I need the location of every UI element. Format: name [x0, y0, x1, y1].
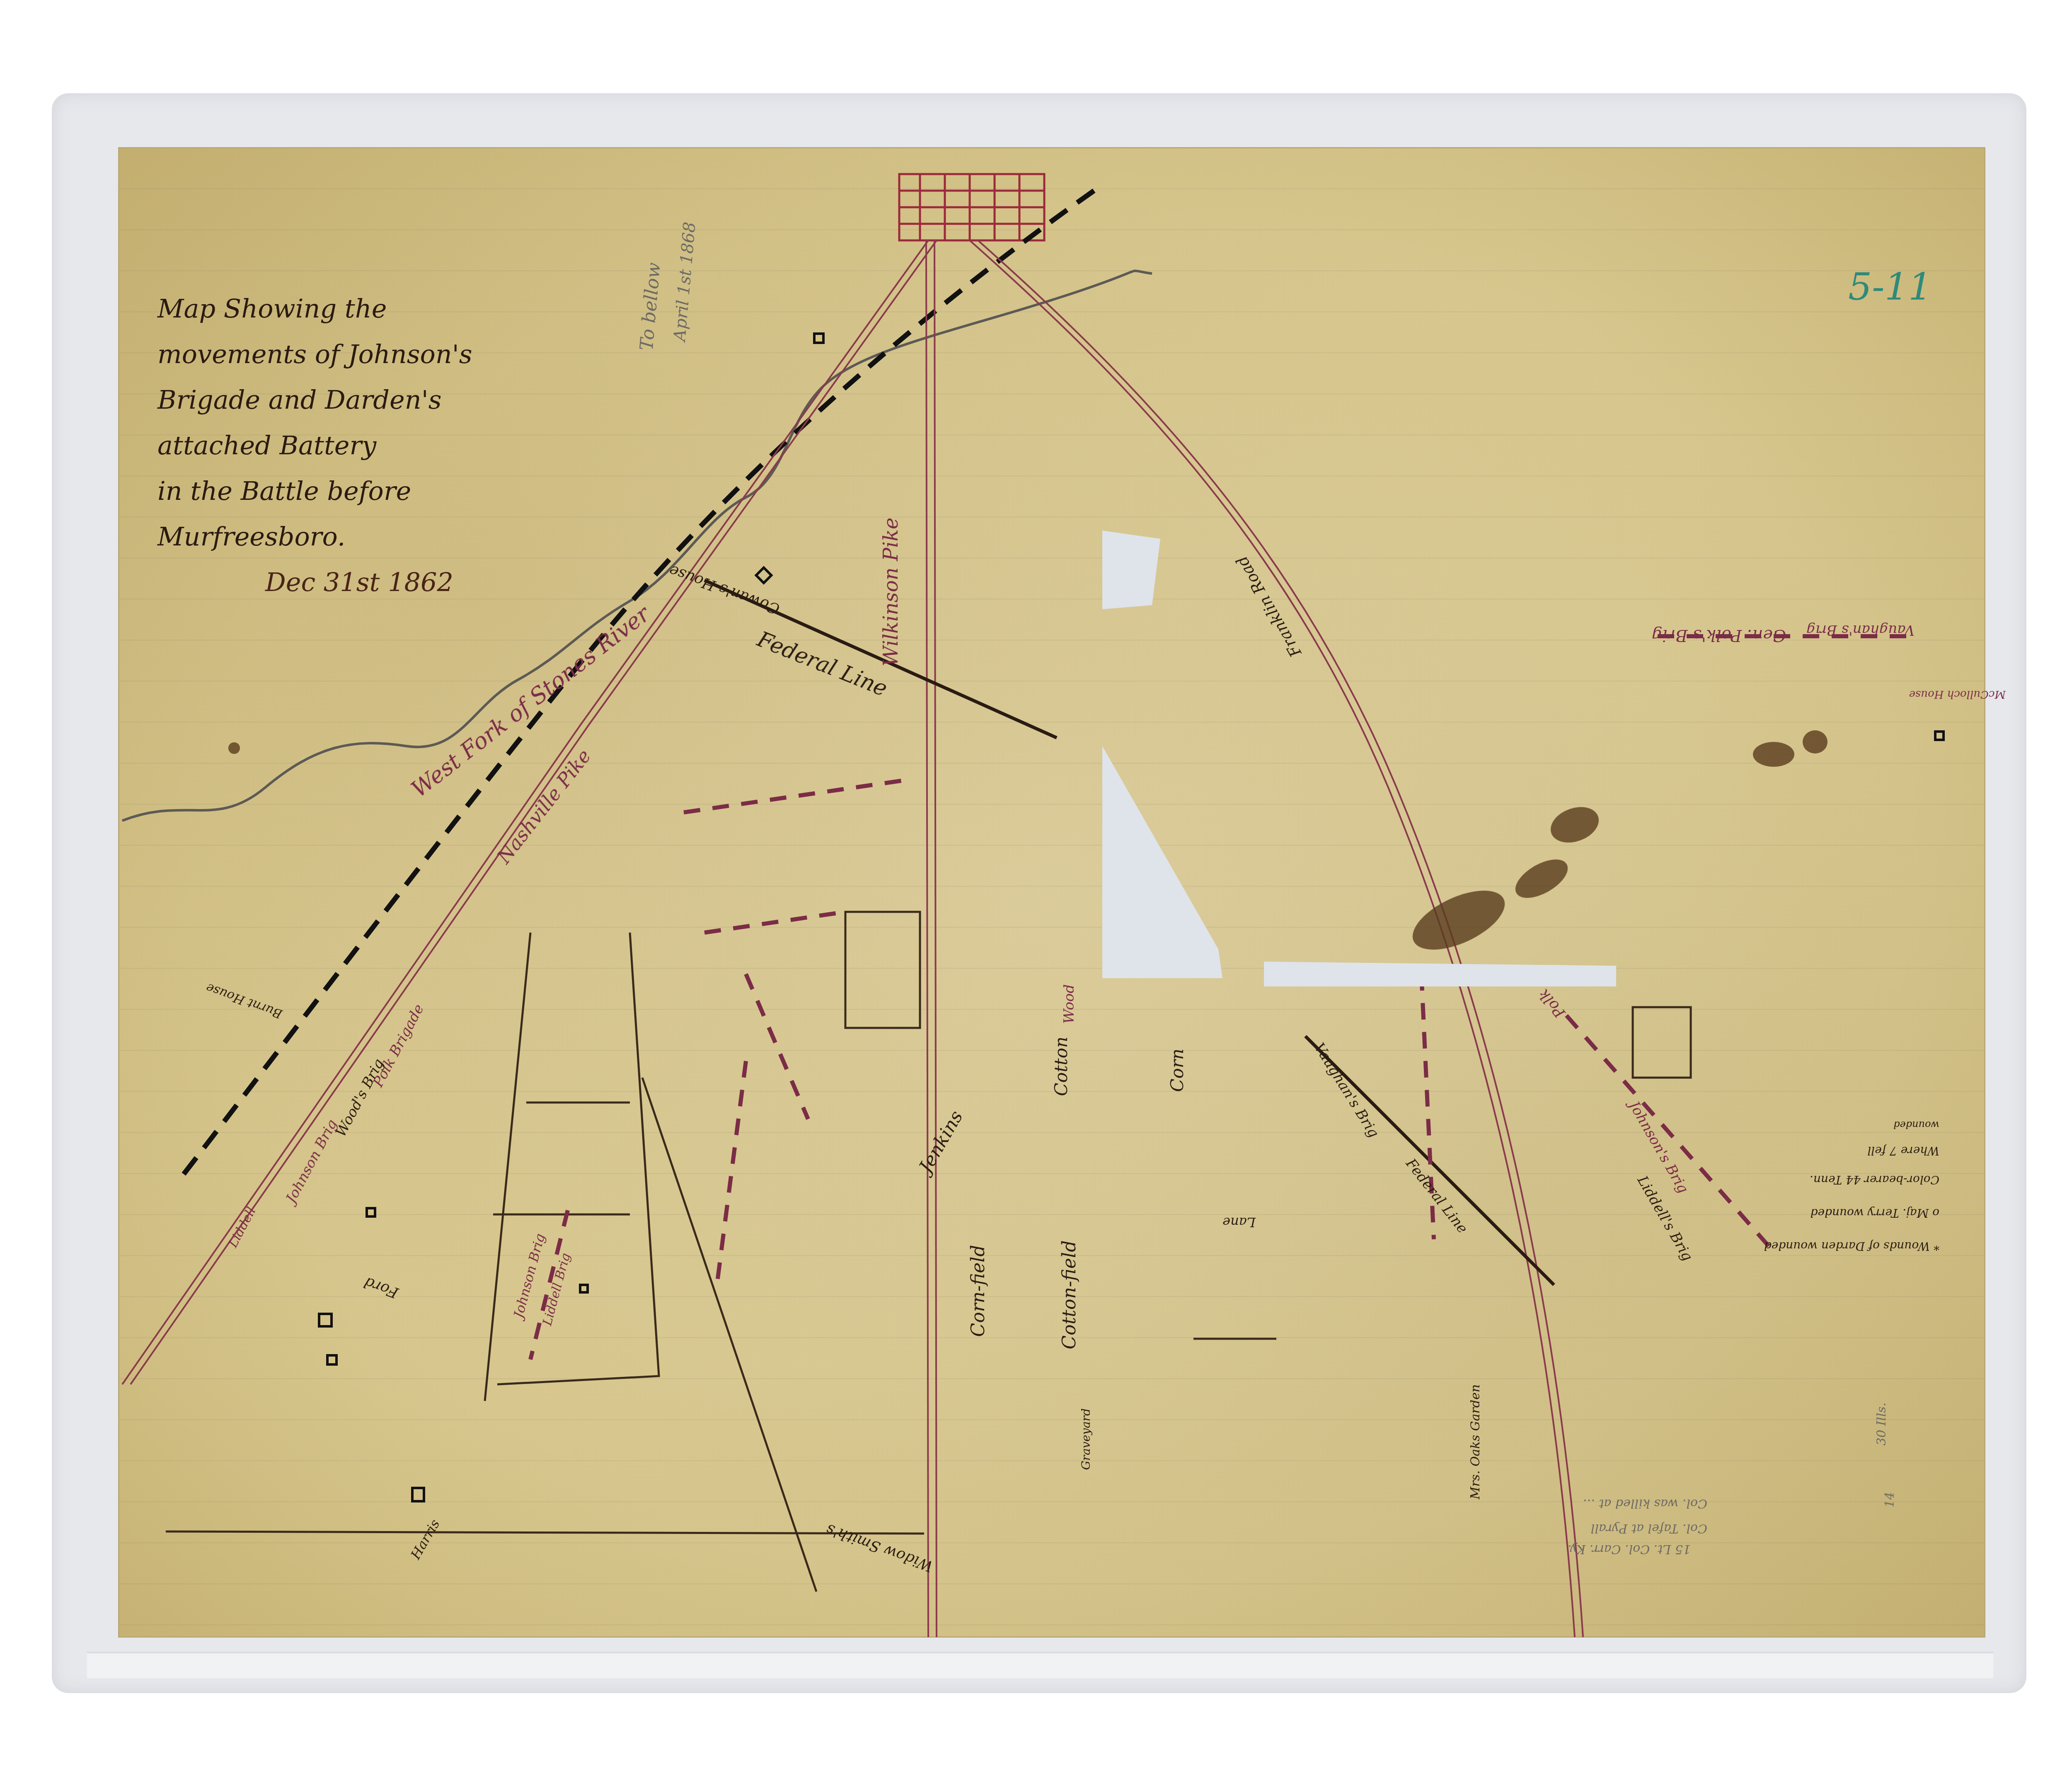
corn-field-label: Corn-field: [968, 1245, 989, 1337]
wilkinson-pike-label: Wilkinson Pike: [879, 518, 903, 666]
wood-label: Wood: [1061, 984, 1077, 1024]
brigade-lines: [530, 636, 1915, 1359]
town-grid: [899, 174, 1044, 240]
vaughans-brig-top-label: Vaughan's Brig: [1806, 622, 1915, 638]
map-drawing: [0, 0, 2072, 1781]
legend-note: Color-bearer 44 Tenn.: [1810, 1173, 1939, 1187]
legend-note: * Wounds of Darden wounded: [1764, 1239, 1939, 1253]
pencil-note: 15 Lt. Col. Carr. Ky.: [1568, 1542, 1691, 1556]
title-line-1: Map Showing the movements of Johnson's: [157, 293, 472, 369]
legend-note: wounded: [1893, 1119, 1939, 1131]
pencil-note: 30 Ills.: [1874, 1403, 1889, 1446]
pencil-note: Col. was killed at ...: [1583, 1496, 1707, 1511]
mcculloch-house-label: McCulloch House: [1909, 688, 2006, 700]
title-date: Dec 31st 1862: [157, 560, 481, 605]
map-title: Map Showing the movements of Johnson's B…: [157, 286, 481, 605]
archive-number: 5-11: [1848, 265, 1932, 309]
mrs-oaks-garden-label: Mrs. Oaks Garden: [1468, 1384, 1483, 1500]
cotton-field-label: Cotton-field: [1059, 1241, 1080, 1350]
paper-holes: [1102, 531, 1616, 986]
corn-label: Corn: [1167, 1049, 1187, 1092]
title-line-2: Brigade and Darden's attached Battery: [157, 385, 442, 460]
pencil-note: Col. Tafel at Pyrall: [1591, 1521, 1707, 1536]
cotton-label: Cotton: [1051, 1037, 1071, 1096]
legend-note: Where 7 fell: [1867, 1144, 1939, 1158]
graveyard-label: Graveyard: [1079, 1408, 1093, 1470]
legend-note: o Maj. Terry wounded: [1811, 1206, 1939, 1220]
gen-polks-brig-label: Gen. Polk's Brig: [1652, 626, 1786, 645]
pencil-note: 14: [1883, 1492, 1897, 1507]
title-line-3: in the Battle before Murfreesboro.: [157, 476, 411, 552]
lane-label: Lane: [1222, 1214, 1256, 1230]
